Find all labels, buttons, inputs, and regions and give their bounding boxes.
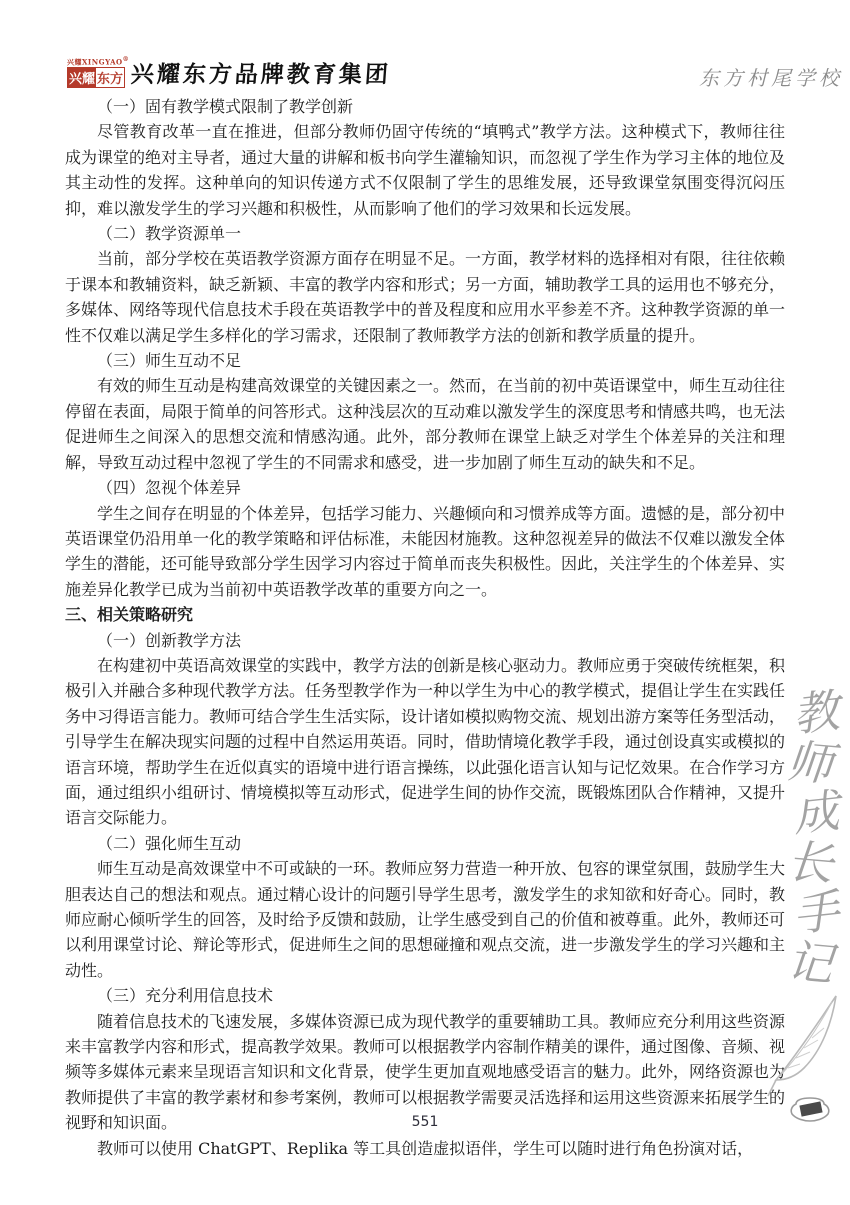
watermark-char: 记 xyxy=(785,936,835,990)
sub-heading: （四）忽视个体差异 xyxy=(65,475,785,500)
registered-trademark-icon: ® xyxy=(123,56,130,63)
logo-top-label: 兴耀XINGYAO xyxy=(67,57,123,66)
sub-heading: （二）教学资源单一 xyxy=(65,221,785,246)
sub-heading: （二）强化师生互动 xyxy=(65,831,785,856)
page-header: 兴耀XINGYAO® 兴耀 东方 兴耀东方品牌教育集团 东方村尾学校 xyxy=(65,54,845,94)
watermark-char: 手 xyxy=(790,885,841,940)
logo-seal-right-text: 东方 xyxy=(96,68,124,87)
logo-seal: 兴耀 东方 xyxy=(67,67,125,88)
watermark-teacher-growth-notes: 教 师 成 长 手 记 xyxy=(790,688,836,988)
paragraph: 师生互动是高效课堂中不可或缺的一环。教师应努力营造一种开放、包容的课堂氛围，鼓励… xyxy=(65,856,785,983)
xingyao-brand-logo: 兴耀XINGYAO® 兴耀 东方 xyxy=(67,56,127,88)
logo-top-text: 兴耀XINGYAO® xyxy=(67,56,127,66)
sub-heading: （三）师生互动不足 xyxy=(65,348,785,373)
paragraph: 学生之间存在明显的个体差异，包括学习能力、兴趣倾向和习惯养成等方面。遗憾的是，部… xyxy=(65,501,785,603)
logo-seal-left-text: 兴耀 xyxy=(68,68,96,87)
watermark-char: 师 xyxy=(785,736,835,790)
sub-heading: （一）固有教学模式限制了教学创新 xyxy=(65,94,785,119)
document-body: （一）固有教学模式限制了教学创新 尽管教育改革一直在推进，但部分教师仍固守传统的… xyxy=(65,94,785,1161)
watermark-char: 成 xyxy=(790,785,841,840)
section-heading: 三、相关策略研究 xyxy=(65,602,785,627)
watermark-char: 教 xyxy=(790,685,841,740)
quill-and-ink-icon xyxy=(766,988,846,1128)
paragraph: 当前，部分学校在英语教学资源方面存在明显不足。一方面，教学材料的选择相对有限，往… xyxy=(65,246,785,348)
page-number: 551 xyxy=(0,1114,850,1130)
document-page: 兴耀XINGYAO® 兴耀 东方 兴耀东方品牌教育集团 东方村尾学校 （一）固有… xyxy=(0,0,850,1205)
paragraph: 教师可以使用 ChatGPT、Replika 等工具创造虚拟语伴，学生可以随时进… xyxy=(65,1136,785,1161)
school-name: 东方村尾学校 xyxy=(699,62,843,91)
sub-heading: （一）创新教学方法 xyxy=(65,628,785,653)
watermark-char: 长 xyxy=(785,836,835,890)
paragraph: 尽管教育改革一直在推进，但部分教师仍固守传统的“填鸭式”教学方法。这种模式下，教… xyxy=(65,119,785,221)
paragraph: 在构建初中英语高效课堂的实践中，教学方法的创新是核心驱动力。教师应勇于突破传统框… xyxy=(65,653,785,831)
brand-title: 兴耀东方品牌教育集团 xyxy=(130,56,392,89)
paragraph: 有效的师生互动是构建高效课堂的关键因素之一。然而，在当前的初中英语课堂中，师生互… xyxy=(65,373,785,475)
sub-heading: （三）充分利用信息技术 xyxy=(65,983,785,1008)
